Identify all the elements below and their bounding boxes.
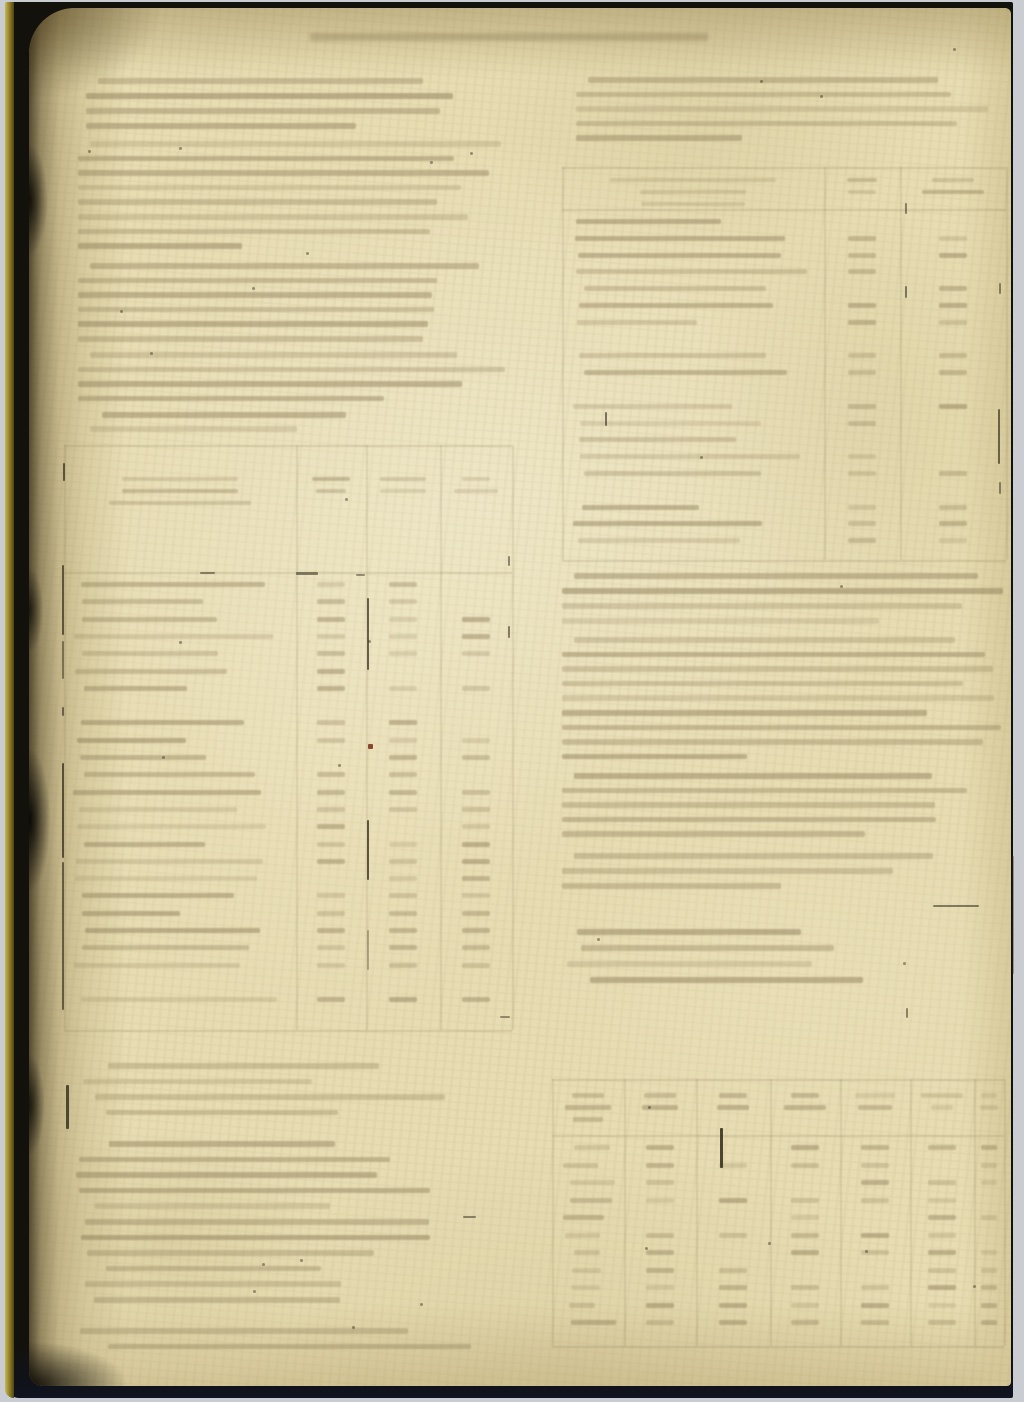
ink-speck: [179, 147, 182, 150]
ghost-text-line: [576, 135, 742, 141]
ink-mark: [605, 412, 607, 426]
ghost-table-cell-value: [939, 353, 967, 358]
ghost-table-cell-value: [848, 404, 876, 409]
ghost-text-line: [574, 773, 932, 779]
ink-speck: [88, 150, 91, 153]
ghost-table-row-label: [580, 454, 800, 459]
ghost-table-cell-value: [462, 945, 490, 950]
ghost-table-cell-value: [462, 876, 490, 881]
ghost-text-line: [85, 1281, 341, 1287]
ghost-table-cell-value: [939, 303, 967, 308]
ghost-table-header-text: [784, 1105, 826, 1110]
ghost-table-cell-value: [861, 1320, 889, 1325]
ghost-table-row-label: [573, 404, 731, 409]
ghost-table-cell-value: [389, 911, 417, 916]
ghost-table-rule-vertical: [562, 167, 564, 560]
ghost-table-cell-value: [939, 320, 967, 325]
ink-speck: [420, 1303, 423, 1306]
ghost-table-rule-vertical: [64, 445, 66, 1030]
ink-mark: [367, 820, 369, 880]
ghost-table-row-label: [579, 303, 773, 308]
ink-speck: [120, 310, 123, 313]
ghost-table-row-label: [82, 617, 217, 622]
ghost-text-line: [86, 123, 356, 129]
ghost-table-cell-value: [981, 1285, 998, 1290]
ghost-table-row-label: [76, 859, 262, 864]
ghost-table-row-label: [576, 219, 721, 224]
ghost-table-cell-value: [791, 1285, 819, 1290]
ghost-table-row-label: [575, 236, 785, 241]
ghost-table-cell-value: [317, 599, 345, 604]
ghost-text-line: [562, 652, 985, 658]
ghost-table-rule-vertical: [1006, 167, 1008, 560]
ghost-text-line: [78, 396, 384, 402]
ink-mark: [200, 572, 215, 574]
ghost-table-cell-value: [791, 1198, 819, 1203]
ghost-text-line: [108, 1063, 379, 1069]
ghost-text-line: [310, 33, 708, 41]
ghost-table-row-label: [577, 320, 697, 325]
ink-speck: [338, 764, 341, 767]
ghost-table-row-label: [85, 928, 260, 933]
ghost-table-cell-value: [389, 842, 417, 847]
ghost-text-line: [576, 106, 988, 112]
ghost-table-row-label: [84, 686, 188, 691]
ghost-text-line: [562, 788, 967, 794]
ghost-table-row-label: [584, 370, 788, 375]
ghost-table-cell-value: [861, 1303, 889, 1308]
ghost-table-cell-value: [861, 1233, 889, 1238]
ghost-table-cell-value: [389, 772, 417, 777]
ghost-text-line: [78, 156, 454, 162]
ink-speck: [700, 456, 703, 459]
ghost-table-cell-value: [791, 1233, 819, 1238]
ghost-table-cell-value: [719, 1268, 747, 1273]
ghost-table-rule-vertical: [1004, 1079, 1006, 1346]
ghost-table-cell-value: [646, 1163, 674, 1168]
ghost-table-row-label: [75, 876, 257, 881]
ink-speck: [179, 641, 182, 644]
ghost-text-line: [81, 1235, 430, 1241]
ghost-table-header-text: [454, 489, 499, 494]
ghost-text-line: [90, 426, 297, 432]
ghost-table-row-label: [570, 1198, 613, 1203]
ghost-table-row-label: [579, 437, 736, 442]
ghost-text-line: [78, 278, 437, 284]
ghost-table-row-label: [82, 945, 250, 950]
ghost-table-row-label: [81, 720, 245, 725]
ghost-table-row-label: [569, 1303, 595, 1308]
ghost-text-line: [78, 229, 430, 235]
ghost-table-cell-value: [389, 686, 417, 691]
ghost-table-row-label: [573, 521, 762, 526]
ghost-text-line: [90, 352, 457, 358]
ghost-table-row-label: [74, 963, 239, 968]
ghost-table-rule-horizontal: [552, 1346, 1004, 1348]
ghost-text-line: [78, 170, 489, 176]
ghost-table-cell-value: [791, 1215, 819, 1220]
ghost-table-header-text: [931, 1105, 953, 1110]
ghost-table-cell-value: [646, 1250, 674, 1255]
ink-speck: [470, 152, 473, 155]
ink-speck: [345, 498, 348, 501]
ghost-table-cell-value: [939, 236, 967, 241]
ghost-table-cell-value: [646, 1145, 674, 1150]
ink-mark: [62, 707, 64, 716]
ghost-table-rule-vertical: [296, 445, 298, 1030]
ghost-table-cell-value: [861, 1145, 889, 1150]
ghost-text-line: [574, 637, 955, 643]
ghost-table-row-label: [574, 1145, 610, 1150]
ghost-table-cell-value: [981, 1250, 998, 1255]
ghost-table-cell-value: [462, 893, 490, 898]
ghost-table-row-label: [579, 353, 766, 358]
ink-speck: [253, 1290, 256, 1293]
ghost-table-rule-vertical: [552, 1079, 554, 1346]
ghost-text-line: [102, 412, 346, 418]
ghost-table-rule-vertical: [440, 445, 442, 1030]
ghost-table-cell-value: [389, 720, 417, 725]
ghost-text-line: [576, 121, 957, 127]
ghost-table-cell-value: [317, 686, 345, 691]
ghost-table-cell-value: [462, 963, 490, 968]
ghost-table-cell-value: [389, 617, 417, 622]
ghost-table-cell-value: [462, 824, 490, 829]
ghost-table-cell-value: [848, 421, 876, 426]
ghost-table-cell-value: [462, 686, 490, 691]
ghost-text-line: [562, 868, 893, 874]
ghost-table-header-text: [109, 501, 251, 506]
ghost-table-cell-value: [389, 755, 417, 760]
ghost-table-header-text: [921, 1093, 962, 1098]
ink-mark: [62, 763, 64, 858]
ghost-text-line: [83, 1079, 313, 1085]
ghost-table-cell-value: [928, 1268, 956, 1273]
ghost-table-cell-value: [462, 617, 490, 622]
ghost-table-cell-value: [317, 928, 345, 933]
ghost-text-line: [80, 1328, 408, 1334]
ghost-text-line: [79, 1188, 430, 1194]
ink-speck: [645, 1247, 648, 1250]
ghost-table-row-label: [582, 505, 700, 510]
ghost-text-line: [562, 618, 879, 624]
ghost-table-cell-value: [317, 617, 345, 622]
ghost-table-cell-value: [861, 1180, 889, 1185]
ghost-table-cell-value: [928, 1233, 956, 1238]
ink-mark: [999, 283, 1001, 294]
ghost-table-cell-value: [317, 738, 345, 743]
ghost-table-cell-value: [462, 738, 490, 743]
ghost-text-line: [86, 93, 453, 99]
ink-mark: [933, 905, 979, 907]
ghost-table-row-label: [571, 1285, 599, 1290]
ghost-table-row-label: [82, 893, 234, 898]
ghost-text-line: [109, 1141, 335, 1147]
ghost-table-cell-value: [317, 945, 345, 950]
ghost-table-cell-value: [848, 538, 876, 543]
ghost-table-cell-value: [981, 1303, 998, 1308]
ghost-table-header-text: [791, 1093, 819, 1098]
ghost-table-cell-value: [389, 963, 417, 968]
ink-mark: [905, 286, 907, 298]
ink-speck: [768, 1242, 771, 1245]
ghost-table-cell-value: [389, 651, 417, 656]
ghost-table-rule-vertical: [824, 167, 826, 560]
ghost-table-cell-value: [646, 1233, 674, 1238]
ghost-table-rule-vertical: [900, 167, 902, 560]
ink-mark: [296, 572, 318, 575]
ink-mark: [356, 574, 365, 576]
ghost-table-row-label: [576, 269, 807, 274]
ghost-table-row-label: [84, 772, 256, 777]
ghost-text-line: [567, 961, 812, 967]
ghost-table-rule-vertical: [512, 445, 514, 1030]
ghost-table-rule-horizontal: [562, 560, 1006, 562]
ghost-text-line: [562, 739, 983, 745]
ghost-text-line: [562, 603, 962, 609]
ghost-table-cell-value: [389, 876, 417, 881]
ghost-table-row-label: [572, 1268, 601, 1273]
ghost-table-cell-value: [928, 1250, 956, 1255]
ghost-table-header-text: [462, 477, 491, 482]
ghost-table-row-label: [574, 1250, 600, 1255]
ghost-table-rule-horizontal: [64, 572, 512, 574]
ghost-table-cell-value: [981, 1320, 998, 1325]
ink-speck: [162, 756, 165, 759]
ghost-table-header-text: [717, 1105, 750, 1110]
ink-mark: [367, 930, 369, 970]
ghost-table-cell-value: [462, 911, 490, 916]
ghost-table-cell-value: [389, 634, 417, 639]
ghost-text-line: [562, 695, 994, 701]
ghost-text-line: [562, 883, 781, 889]
ghost-table-row-label: [74, 634, 274, 639]
ghost-table-row-label: [77, 824, 266, 829]
ghost-table-cell-value: [861, 1198, 889, 1203]
ghost-table-rule-horizontal: [562, 167, 1006, 169]
ghost-table-cell-value: [939, 253, 967, 258]
ghost-table-cell-value: [389, 790, 417, 795]
ink-mark: [63, 463, 65, 481]
ghost-table-cell-value: [791, 1303, 819, 1308]
ghost-text-line: [95, 1094, 445, 1100]
ghost-table-cell-value: [317, 772, 345, 777]
ghost-table-header-text: [380, 489, 426, 494]
ghost-table-cell-value: [848, 505, 876, 510]
ghost-table-cell-value: [939, 505, 967, 510]
ghost-table-row-label: [563, 1163, 598, 1168]
ghost-table-cell-value: [317, 859, 345, 864]
ghost-table-cell-value: [848, 269, 876, 274]
ghost-table-cell-value: [317, 807, 345, 812]
ghost-table-cell-value: [928, 1303, 956, 1308]
ghost-table-row-label: [84, 842, 205, 847]
ghost-table-cell-value: [646, 1198, 674, 1203]
ink-speck: [430, 161, 433, 164]
ghost-table-header-text: [644, 1093, 675, 1098]
ghost-table-cell-value: [791, 1320, 819, 1325]
ghost-table-cell-value: [719, 1303, 747, 1308]
ghost-table-cell-value: [939, 538, 967, 543]
ghost-text-line: [562, 725, 1001, 731]
ghost-text-line: [562, 817, 936, 823]
ghost-table-header-text: [858, 1105, 892, 1110]
ink-speck: [252, 287, 255, 290]
ghost-table-cell-value: [939, 286, 967, 291]
ghost-table-cell-value: [646, 1303, 674, 1308]
ink-speck: [973, 1285, 976, 1288]
ghost-table-cell-value: [861, 1163, 889, 1168]
ghost-table-cell-value: [389, 807, 417, 812]
ghost-table-cell-value: [848, 253, 876, 258]
ghost-table-cell-value: [646, 1320, 674, 1325]
ghost-table-header-text: [573, 1117, 603, 1122]
ghost-table-cell-value: [646, 1180, 674, 1185]
ink-mark: [998, 409, 1000, 464]
ghost-table-cell-value: [317, 582, 345, 587]
ghost-table-header-text: [610, 178, 776, 183]
ghost-table-cell-value: [848, 320, 876, 325]
ink-mark: [1012, 856, 1014, 974]
ghost-table-cell-value: [389, 997, 417, 1002]
ink-mark: [463, 1216, 476, 1218]
ghost-text-line: [574, 853, 933, 859]
ghost-table-cell-value: [719, 1285, 747, 1290]
ghost-table-cell-value: [317, 893, 345, 898]
ink-speck: [262, 1263, 265, 1266]
ghost-table-cell-value: [848, 454, 876, 459]
ghost-table-cell-value: [939, 404, 967, 409]
ghost-text-line: [576, 92, 951, 98]
ghost-table-header-text: [640, 190, 745, 195]
ghost-table-rule-horizontal: [552, 1079, 1004, 1081]
ghost-text-line: [108, 1344, 471, 1350]
ghost-text-line: [90, 263, 479, 269]
ghost-table-header-text: [641, 202, 745, 207]
ink-mark: [720, 1128, 723, 1168]
ghost-table-cell-value: [791, 1163, 819, 1168]
ghost-table-cell-value: [861, 1285, 889, 1290]
ghost-table-header-text: [922, 190, 984, 195]
ghost-table-row-label: [578, 253, 781, 258]
ghost-table-cell-value: [317, 669, 345, 674]
ghost-table-header-text: [847, 178, 877, 183]
ghost-table-cell-value: [462, 790, 490, 795]
ghost-table-cell-value: [791, 1250, 819, 1255]
ghost-text-line: [78, 321, 428, 327]
ink-mark: [906, 1008, 908, 1018]
ink-mark: [999, 482, 1001, 494]
ghost-table-cell-value: [928, 1320, 956, 1325]
ghost-table-row-label: [578, 538, 740, 543]
ghost-table-row-label: [77, 738, 187, 743]
ghost-text-line: [106, 1110, 337, 1116]
ghost-table-cell-value: [462, 997, 490, 1002]
ghost-table-cell-value: [928, 1198, 956, 1203]
ghost-table-cell-value: [317, 651, 345, 656]
ghost-text-line: [98, 78, 423, 84]
ink-speck: [903, 962, 906, 965]
ghost-table-cell-value: [389, 738, 417, 743]
ghost-table-row-label: [584, 286, 766, 291]
ghost-text-line: [562, 802, 935, 808]
ink-mark: [62, 565, 64, 635]
ghost-print-overlay: [0, 0, 1024, 1402]
ghost-table-header-text: [981, 1093, 997, 1098]
ghost-table-cell-value: [719, 1233, 747, 1238]
ghost-table-rule-horizontal: [64, 1030, 512, 1032]
ghost-table-rule-horizontal: [552, 1135, 1004, 1137]
ghost-text-line: [106, 1266, 321, 1272]
ghost-table-row-label: [79, 807, 237, 812]
ghost-table-rule-vertical: [974, 1079, 976, 1346]
ghost-table-cell-value: [928, 1145, 956, 1150]
ghost-text-line: [78, 307, 434, 313]
ghost-table-header-text: [572, 1093, 605, 1098]
ghost-table-cell-value: [939, 471, 967, 476]
ghost-table-rule-vertical: [696, 1079, 698, 1346]
ghost-table-rule-horizontal: [562, 209, 1006, 211]
ghost-table-row-label: [82, 651, 218, 656]
ghost-text-line: [78, 185, 461, 191]
ghost-text-line: [562, 710, 927, 716]
ink-speck: [820, 95, 823, 98]
ghost-table-cell-value: [317, 842, 345, 847]
ink-mark: [62, 862, 64, 1010]
ghost-table-cell-value: [928, 1180, 956, 1185]
ghost-table-cell-value: [981, 1268, 998, 1273]
ghost-table-cell-value: [462, 859, 490, 864]
ghost-table-row-label: [80, 755, 206, 760]
ink-speck: [953, 48, 956, 51]
ink-mark: [62, 641, 64, 679]
ghost-table-cell-value: [939, 521, 967, 526]
ghost-text-line: [78, 199, 437, 205]
ghost-text-line: [78, 243, 242, 249]
ghost-table-cell-value: [389, 893, 417, 898]
ghost-table-cell-value: [389, 928, 417, 933]
ghost-table-header-text: [122, 477, 239, 482]
ghost-table-rule-vertical: [770, 1079, 772, 1346]
ghost-text-line: [87, 1250, 374, 1256]
ghost-table-cell-value: [719, 1163, 747, 1168]
ghost-table-cell-value: [981, 1163, 998, 1168]
ghost-text-line: [562, 754, 747, 760]
ghost-table-row-label: [570, 1180, 615, 1185]
ghost-table-cell-value: [981, 1145, 998, 1150]
ghost-text-line: [78, 381, 462, 387]
ghost-table-cell-value: [646, 1285, 674, 1290]
ghost-table-header-text: [122, 489, 238, 494]
ink-mark: [508, 556, 510, 566]
ghost-table-cell-value: [462, 928, 490, 933]
ghost-table-header-text: [855, 1093, 896, 1098]
ghost-table-cell-value: [719, 1198, 747, 1203]
ghost-text-line: [581, 945, 834, 951]
ghost-table-cell-value: [719, 1320, 747, 1325]
ghost-text-line: [590, 977, 863, 983]
ghost-text-line: [78, 292, 432, 298]
ghost-table-row-label: [81, 582, 265, 587]
ghost-table-header-text: [980, 1105, 997, 1110]
ghost-table-header-text: [565, 1105, 610, 1110]
ink-speck: [368, 640, 371, 643]
ghost-table-row-label: [82, 599, 203, 604]
ghost-table-cell-value: [389, 582, 417, 587]
ghost-table-row-label: [73, 790, 261, 795]
ghost-table-cell-value: [791, 1145, 819, 1150]
ghost-table-cell-value: [928, 1215, 956, 1220]
